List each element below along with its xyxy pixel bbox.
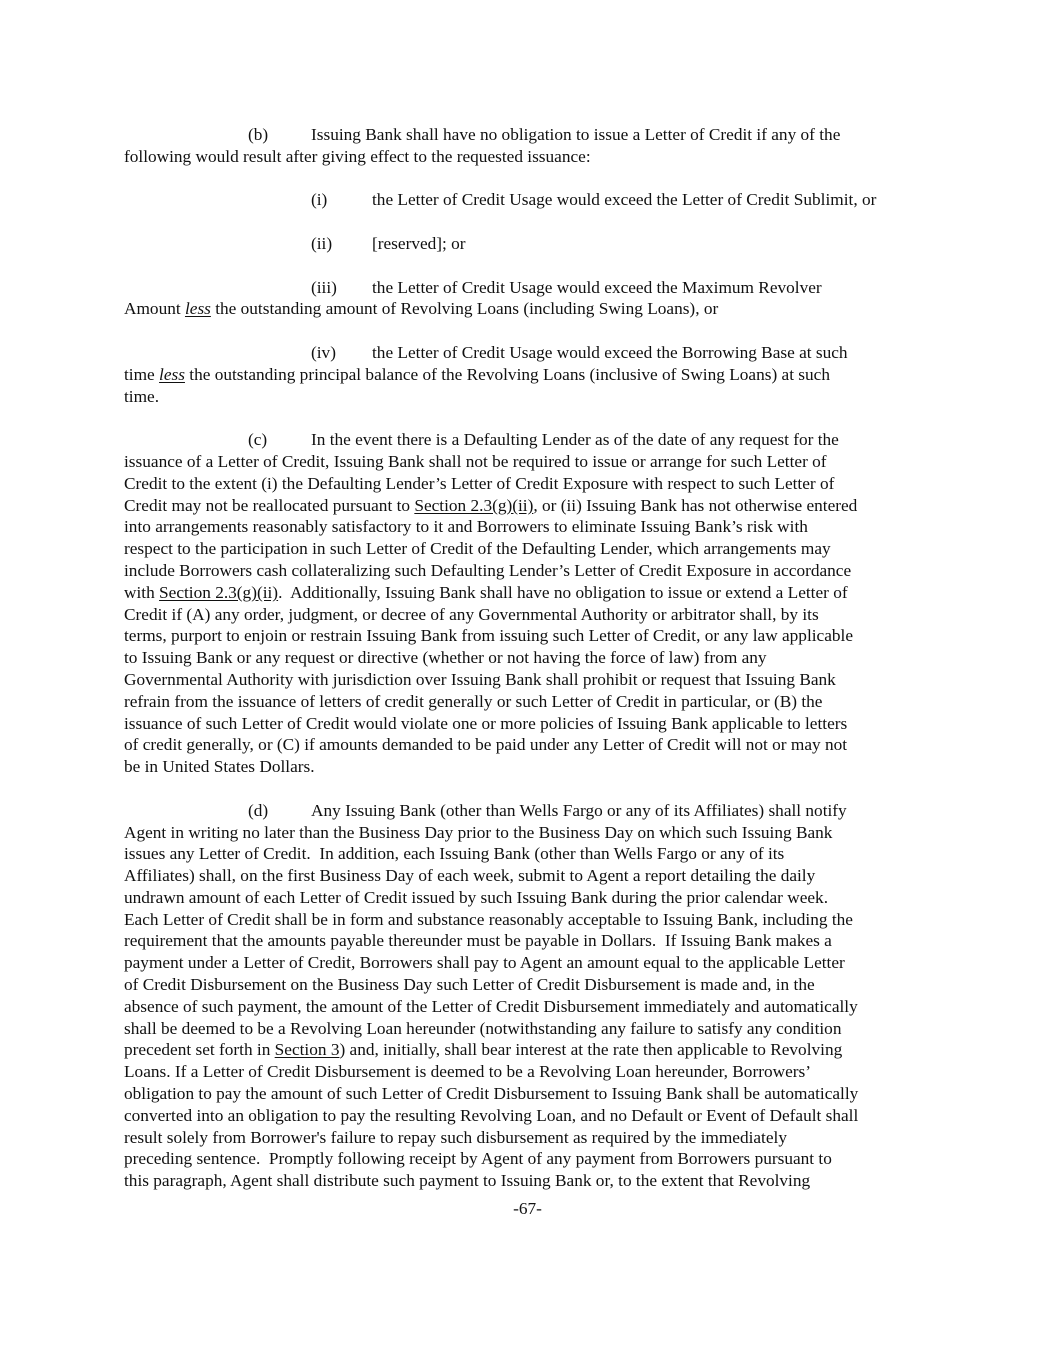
paragraph-text: shall be deemed to be a Revolving Loan h… xyxy=(124,1018,934,1040)
document-page: (b)Issuing Bank shall have no obligation… xyxy=(124,124,934,1214)
section-reference-link: Section 2.3(g)(ii) xyxy=(414,496,533,515)
item-text: the Letter of Credit Usage would exceed … xyxy=(372,190,876,209)
emphasis-less: less xyxy=(159,365,185,384)
item-text: [reserved]; or xyxy=(372,234,466,253)
paragraph-label: (d) xyxy=(248,800,311,822)
paragraph-text: ) and, initially, shall bear interest at… xyxy=(339,1040,842,1059)
list-item-i: (i)the Letter of Credit Usage would exce… xyxy=(124,189,934,211)
item-text: the outstanding principal balance of the… xyxy=(185,365,830,384)
paragraph-label: (b) xyxy=(248,124,311,146)
section-reference-link: Section 3 xyxy=(275,1040,340,1059)
paragraph-text: Each Letter of Credit shall be in form a… xyxy=(124,909,934,931)
paragraph-text: respect to the participation in such Let… xyxy=(124,538,934,560)
item-text: time xyxy=(124,365,159,384)
paragraph-text: Governmental Authority with jurisdiction… xyxy=(124,669,934,691)
item-label: (iv) xyxy=(311,342,372,364)
emphasis-less: less xyxy=(185,299,211,318)
paragraph-text: with xyxy=(124,583,159,602)
paragraph-text: converted into an obligation to pay the … xyxy=(124,1105,934,1127)
paragraph-text: payment under a Letter of Credit, Borrow… xyxy=(124,952,934,974)
paragraph-text: Agent in writing no later than the Busin… xyxy=(124,822,934,844)
paragraph-text: of credit generally, or (C) if amounts d… xyxy=(124,734,934,756)
list-item-iii: (iii)the Letter of Credit Usage would ex… xyxy=(124,277,934,321)
paragraph-text: obligation to pay the amount of such Let… xyxy=(124,1083,934,1105)
list-item-iv: (iv)the Letter of Credit Usage would exc… xyxy=(124,342,934,407)
paragraph-text: absence of such payment, the amount of t… xyxy=(124,996,934,1018)
item-label: (i) xyxy=(311,189,372,211)
paragraph-text: issuance of such Letter of Credit would … xyxy=(124,713,934,735)
paragraph-text: Loans. If a Letter of Credit Disbursemen… xyxy=(124,1061,934,1083)
section-reference-link: Section 2.3(g)(ii) xyxy=(159,583,278,602)
paragraph-text: to Issuing Bank or any request or direct… xyxy=(124,647,934,669)
paragraph-text: Credit to the extent (i) the Defaulting … xyxy=(124,473,934,495)
paragraph-c: (c)In the event there is a Defaulting Le… xyxy=(124,429,934,778)
list-item-ii: (ii)[reserved]; or xyxy=(124,233,934,255)
paragraph-text: refrain from the issuance of letters of … xyxy=(124,691,934,713)
item-text: the outstanding amount of Revolving Loan… xyxy=(211,299,718,318)
paragraph-text: precedent set forth in xyxy=(124,1040,275,1059)
paragraph-text: of Credit Disbursement on the Business D… xyxy=(124,974,934,996)
item-label: (ii) xyxy=(311,233,372,255)
item-text: the Letter of Credit Usage would exceed … xyxy=(372,343,848,362)
paragraph-text: . Additionally, Issuing Bank shall have … xyxy=(278,583,848,602)
paragraph-text: into arrangements reasonably satisfactor… xyxy=(124,516,934,538)
paragraph-text: preceding sentence. Promptly following r… xyxy=(124,1148,934,1170)
paragraph-text: requirement that the amounts payable the… xyxy=(124,930,934,952)
paragraph-label: (c) xyxy=(248,429,311,451)
paragraph-text: this paragraph, Agent shall distribute s… xyxy=(124,1170,934,1192)
item-text: time. xyxy=(124,387,159,406)
paragraph-text: be in United States Dollars. xyxy=(124,756,934,778)
item-text: Amount xyxy=(124,299,185,318)
paragraph-text: undrawn amount of each Letter of Credit … xyxy=(124,887,934,909)
item-text: the Letter of Credit Usage would exceed … xyxy=(372,278,822,297)
paragraph-text: Issuing Bank shall have no obligation to… xyxy=(311,125,840,144)
paragraph-text: following would result after giving effe… xyxy=(124,147,591,166)
paragraph-text: issues any Letter of Credit. In addition… xyxy=(124,843,934,865)
paragraph-text: issuance of a Letter of Credit, Issuing … xyxy=(124,451,934,473)
paragraph-text: Affiliates) shall, on the first Business… xyxy=(124,865,934,887)
paragraph-d: (d)Any Issuing Bank (other than Wells Fa… xyxy=(124,800,934,1192)
page-number: -67- xyxy=(0,1199,1055,1219)
paragraph-text: Credit may not be reallocated pursuant t… xyxy=(124,496,414,515)
paragraph-text: terms, purport to enjoin or restrain Iss… xyxy=(124,625,934,647)
item-label: (iii) xyxy=(311,277,372,299)
paragraph-b: (b)Issuing Bank shall have no obligation… xyxy=(124,124,934,168)
paragraph-text: In the event there is a Defaulting Lende… xyxy=(311,430,839,449)
paragraph-text: result solely from Borrower's failure to… xyxy=(124,1127,934,1149)
paragraph-text: Any Issuing Bank (other than Wells Fargo… xyxy=(311,801,847,820)
paragraph-text: include Borrowers cash collateralizing s… xyxy=(124,560,934,582)
paragraph-text: Credit if (A) any order, judgment, or de… xyxy=(124,604,934,626)
paragraph-text: , or (ii) Issuing Bank has not otherwise… xyxy=(533,496,857,515)
